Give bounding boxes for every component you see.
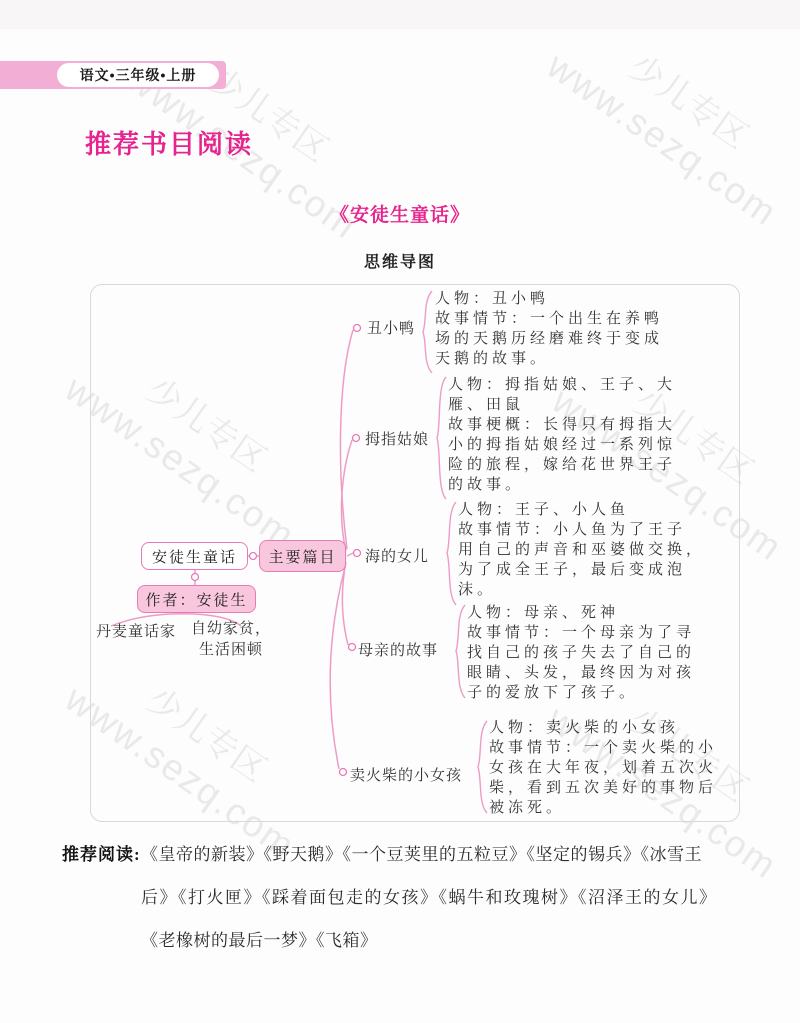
connector-dot xyxy=(354,325,361,332)
mindmap-heading: 思维导图 xyxy=(0,249,800,272)
connector-dot xyxy=(192,574,199,581)
node-main-topics: 主要篇目 xyxy=(259,540,346,572)
branch-curve-3 xyxy=(347,553,353,556)
reading-list-line: 后》《打火匣》《踩着面包走的女孩》《蜗牛和玫瑰树》《沼泽王的女儿》 xyxy=(141,876,741,919)
branch-desc-little-mermaid: 人物：王子、小人鱼 故事情节：小人鱼为了王子 用自己的声音和巫婆做交换， 为了成… xyxy=(458,500,705,600)
page-title: 推荐书目阅读 xyxy=(85,124,253,161)
branch-label-ugly-duckling: 丑小鸭 xyxy=(367,317,415,338)
connector-dot xyxy=(349,644,356,651)
node-author: 作者：安徒生 xyxy=(137,585,256,613)
branch-label-match-girl: 卖火柴的小女孩 xyxy=(350,764,462,785)
watermark-text: 少儿专区 xyxy=(144,19,392,212)
recommended-reading-label: 推荐阅读: xyxy=(62,833,141,876)
recommended-reading-list: 《皇帝的新装》《野天鹅》《一个豆荚里的五粒豆》《坚定的锡兵》《冰雪王 后》《打火… xyxy=(141,833,741,962)
watermark-text: 少儿专区 xyxy=(564,6,800,199)
reading-list-line: 《老橡树的最后一梦》《飞箱》 xyxy=(141,919,741,962)
subject-badge-bar: 语文•三年级•上册 xyxy=(0,61,226,89)
desc-brace-4 xyxy=(456,605,465,698)
subject-badge: 语文•三年级•上册 xyxy=(57,63,219,87)
branch-desc-mothers-story: 人物：母亲、死神 故事情节：一个母亲为了寻 找自己的孩子失去了自己的 眼睛、头发… xyxy=(467,603,695,703)
node-root-title: 安徒生童话 xyxy=(141,542,248,570)
branch-label-mothers-story: 母亲的故事 xyxy=(358,639,438,660)
connector-dot xyxy=(340,769,347,776)
branch-desc-match-girl: 人物：卖火柴的小女孩 故事情节：一个卖火柴的小 女孩在大年夜，划着五次火 柴，看… xyxy=(489,718,717,818)
connector-dot xyxy=(250,553,257,560)
branch-label-thumbelina: 拇指姑娘 xyxy=(365,428,429,449)
book-title: 《安徒生童话》 xyxy=(0,200,800,227)
author-note-1: 丹麦童话家 xyxy=(96,622,176,643)
branch-label-little-mermaid: 海的女儿 xyxy=(365,545,429,566)
connector-dot xyxy=(354,550,361,557)
desc-brace-3 xyxy=(447,502,456,605)
textbook-page: 少儿专区www.sezq.com 少儿专区www.sezq.com 少儿专区ww… xyxy=(0,0,800,1023)
desc-brace-2 xyxy=(437,377,446,499)
mindmap-panel: 安徒生童话 主要篇目 作者：安徒生 丹麦童话家 自幼家贫， 生活困顿 丑小鸭 拇… xyxy=(90,284,740,822)
connector-dot xyxy=(353,435,360,442)
branch-curve-2 xyxy=(341,440,352,551)
branch-desc-thumbelina: 人物：拇指姑娘、王子、大 雁、田鼠 故事梗概：长得只有拇指大 小的拇指姑娘经过一… xyxy=(448,375,676,495)
desc-brace-1 xyxy=(423,291,432,373)
author-note-2: 自幼家贫， 生活困顿 xyxy=(191,619,271,661)
desc-brace-5 xyxy=(478,721,487,813)
header-band xyxy=(0,0,800,29)
reading-list-line: 《皇帝的新装》《野天鹅》《一个豆荚里的五粒豆》《坚定的锡兵》《冰雪王 xyxy=(141,833,741,876)
branch-desc-ugly-duckling: 人物：丑小鸭 故事情节：一个出生在养鸭 场的天鹅历经磨难终于变成 天鹅的故事。 xyxy=(435,289,663,369)
